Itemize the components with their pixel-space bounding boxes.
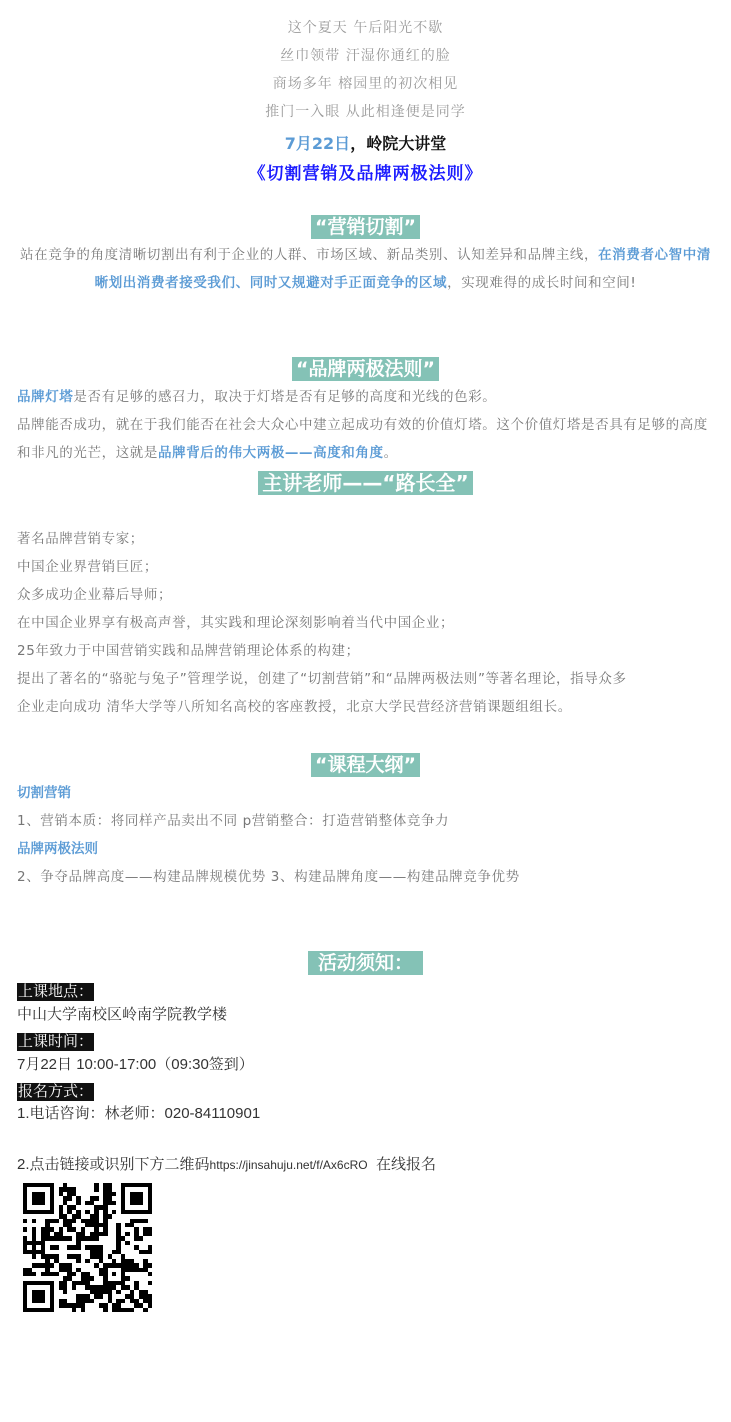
- link-prefix: 2.点击链接或识别下方二维码: [17, 1156, 210, 1173]
- poem-line-4: 推门一入眼 从此相逢便是同学: [0, 98, 731, 126]
- outline-line-2: 2、争夺品牌高度——构建品牌规模优势 3、构建品牌角度——构建品牌竞争优势: [17, 863, 717, 891]
- outline-heading-wrap: “课程大纲”: [0, 753, 731, 777]
- brand-p2-highlight: 品牌背后的伟大两极——高度和角度: [158, 445, 384, 461]
- brand-p1-text: 是否有足够的感召力，取决于灯塔是否有足够的高度和光线的色彩。: [73, 389, 496, 405]
- teacher-item: 企业走向成功 清华大学等八所知名高校的客座教授，北京大学民营经济营销课题组组长。: [17, 693, 717, 721]
- marketing-text-start: 站在竞争的角度清晰切割出有利于企业的人群、市场区域、新品类别、认知差异和品牌主线…: [20, 247, 598, 263]
- brand-heading: “品牌两极法则”: [292, 357, 439, 381]
- signup-link[interactable]: https://jinsahuju.net/f/Ax6cRO: [210, 1158, 368, 1172]
- outline-line-1: 1、营销本质：将同样产品卖出不同 p营销整合：打造营销整体竞争力: [17, 807, 717, 835]
- notice-heading: 活动须知：: [308, 951, 423, 975]
- poem-line-3: 商场多年 榕园里的初次相见: [0, 70, 731, 98]
- outline-subheading-cutting: 切割营销: [17, 779, 71, 807]
- registration-qr-code[interactable]: [23, 1183, 152, 1312]
- teacher-heading: 主讲老师——“路长全”: [258, 471, 472, 495]
- brand-heading-wrap: “品牌两极法则”: [0, 357, 731, 381]
- time-label-wrap: 上课时间：: [17, 1031, 94, 1051]
- notice-heading-wrap: 活动须知：: [0, 951, 731, 975]
- location-value: 中山大学南校区岭南学院教学楼: [17, 1002, 227, 1027]
- signup-label-wrap: 报名方式：: [17, 1081, 94, 1101]
- event-title: 《切割营销及品牌两极法则》: [0, 159, 731, 184]
- event-article: 这个夏天 午后阳光不歇 丝巾领带 汗湿你通红的脸 商场多年 榕园里的初次相见 推…: [0, 0, 731, 1422]
- date-separator: ，: [350, 134, 366, 153]
- brand-lighthouse-term: 品牌灯塔: [17, 389, 73, 405]
- event-date-venue: 7月22日，岭院大讲堂: [0, 131, 731, 154]
- location-label: 上课地点：: [17, 983, 94, 1001]
- event-date: 7月22日: [285, 134, 350, 153]
- teacher-item: 在中国企业界享有极高声誉，其实践和理论深刻影响着当代中国企业；: [17, 609, 717, 637]
- link-suffix: 在线报名: [376, 1156, 436, 1173]
- poem-line-2: 丝巾领带 汗湿你通红的脸: [0, 42, 731, 70]
- teacher-item: 著名品牌营销专家；: [17, 525, 717, 553]
- brand-paragraph-2: 品牌能否成功，就在于我们能否在社会大众心中建立起成功有效的价值灯塔。这个价值灯塔…: [17, 411, 717, 467]
- teacher-item: 众多成功企业幕后导师；: [17, 581, 717, 609]
- outline-heading: “课程大纲”: [311, 753, 420, 777]
- poem-line-1: 这个夏天 午后阳光不歇: [0, 14, 731, 42]
- event-venue: 岭院大讲堂: [366, 134, 446, 153]
- marketing-heading: “营销切割”: [311, 215, 420, 239]
- marketing-paragraph: 站在竞争的角度清晰切割出有利于企业的人群、市场区域、新品类别、认知差异和品牌主线…: [14, 241, 717, 297]
- outline-subheading-brand: 品牌两极法则: [17, 835, 98, 863]
- phone-contact: 1.电话咨询：林老师：020-84110901: [17, 1101, 260, 1126]
- teacher-item: 中国企业界营销巨匠；: [17, 553, 717, 581]
- location-label-wrap: 上课地点：: [17, 981, 94, 1001]
- marketing-heading-wrap: “营销切割”: [0, 215, 731, 239]
- time-value: 7月22日 10:00-17:00（09:30签到）: [17, 1052, 254, 1077]
- marketing-text-end: ，实现难得的成长时间和空间!: [447, 275, 636, 291]
- brand-paragraph-1: 品牌灯塔是否有足够的感召力，取决于灯塔是否有足够的高度和光线的色彩。: [17, 383, 717, 411]
- signup-label: 报名方式：: [17, 1083, 94, 1101]
- teacher-item: 25年致力于中国营销实践和品牌营销理论体系的构建；: [17, 637, 717, 665]
- teacher-item: 提出了著名的“骆驼与兔子”管理学说，创建了“切割营销”和“品牌两极法则”等著名理…: [17, 665, 727, 693]
- time-label: 上课时间：: [17, 1033, 94, 1051]
- teacher-heading-wrap: 主讲老师——“路长全”: [0, 471, 731, 495]
- brand-p2-end: 。: [384, 445, 398, 461]
- online-signup-line: 2.点击链接或识别下方二维码https://jinsahuju.net/f/Ax…: [17, 1152, 436, 1178]
